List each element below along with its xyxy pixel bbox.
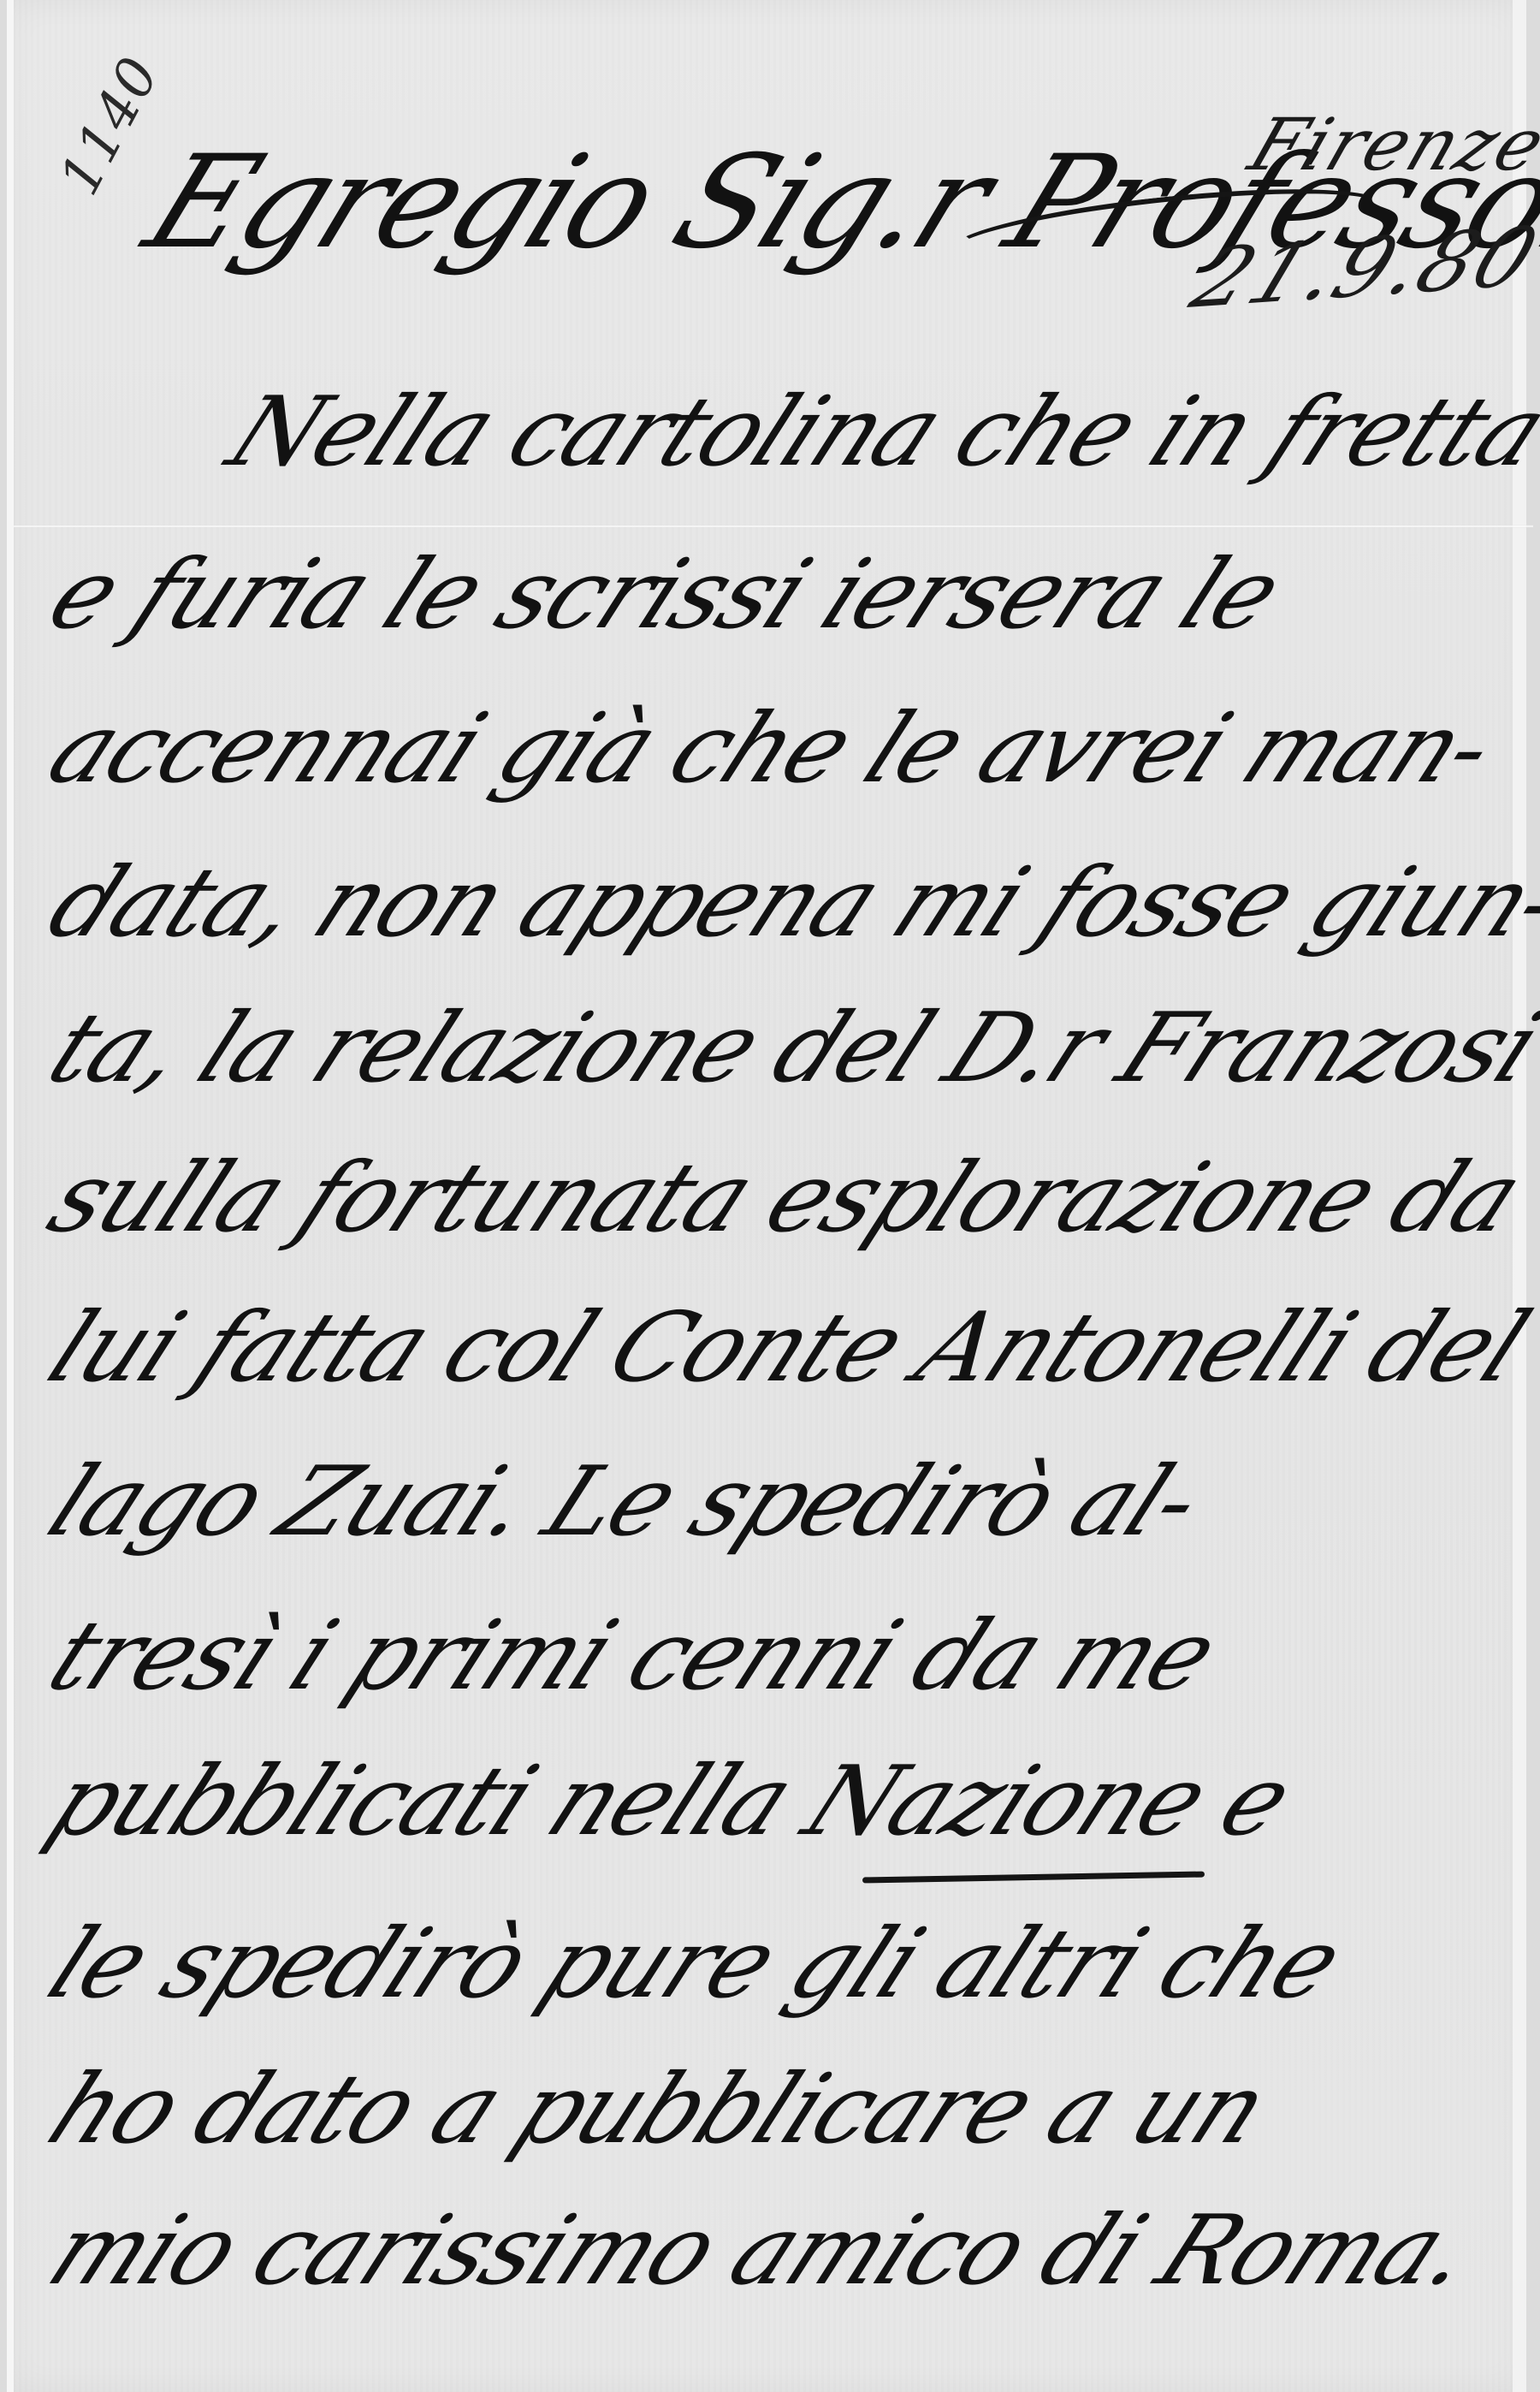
paper-edge-left [7,0,14,2392]
body-line: lago Zuai. Le spedirò al- [33,1446,1217,1558]
body-line: accennai già che le avrei man- [33,693,1510,804]
body-line: le spedirò pure gli altri che [33,1908,1358,2020]
paper-fold-line [14,525,1533,528]
body-line: ta, la relazione del D.r Franzosi [33,993,1540,1104]
body-line: pubblicati nella Nazione e [33,1746,1307,1857]
body-line: Nella cartolina che in fretta [212,377,1540,488]
body-line: tresì i primi cenni da me [33,1600,1233,1712]
body-line: e furia le scrissi iersera le [33,539,1297,650]
body-line: lui fatta col Conte Antonelli del [33,1292,1540,1404]
body-line: mio carissimo amico di Roma. [33,2195,1490,2306]
letter-place: Firenze [1239,103,1540,187]
letter-page: 1140 Egregio Sig.r Professore Firenze 21… [7,0,1526,2392]
body-line: ho dato a pubblicare a un [33,2054,1283,2165]
underline-nazione [862,1872,1205,1884]
archive-number: 1140 [48,46,173,205]
body-line: sulla fortunata esplorazione da [33,1143,1537,1254]
paper-edge-right [1513,0,1526,2392]
body-line: data, non appena mi fosse giun- [33,847,1540,959]
